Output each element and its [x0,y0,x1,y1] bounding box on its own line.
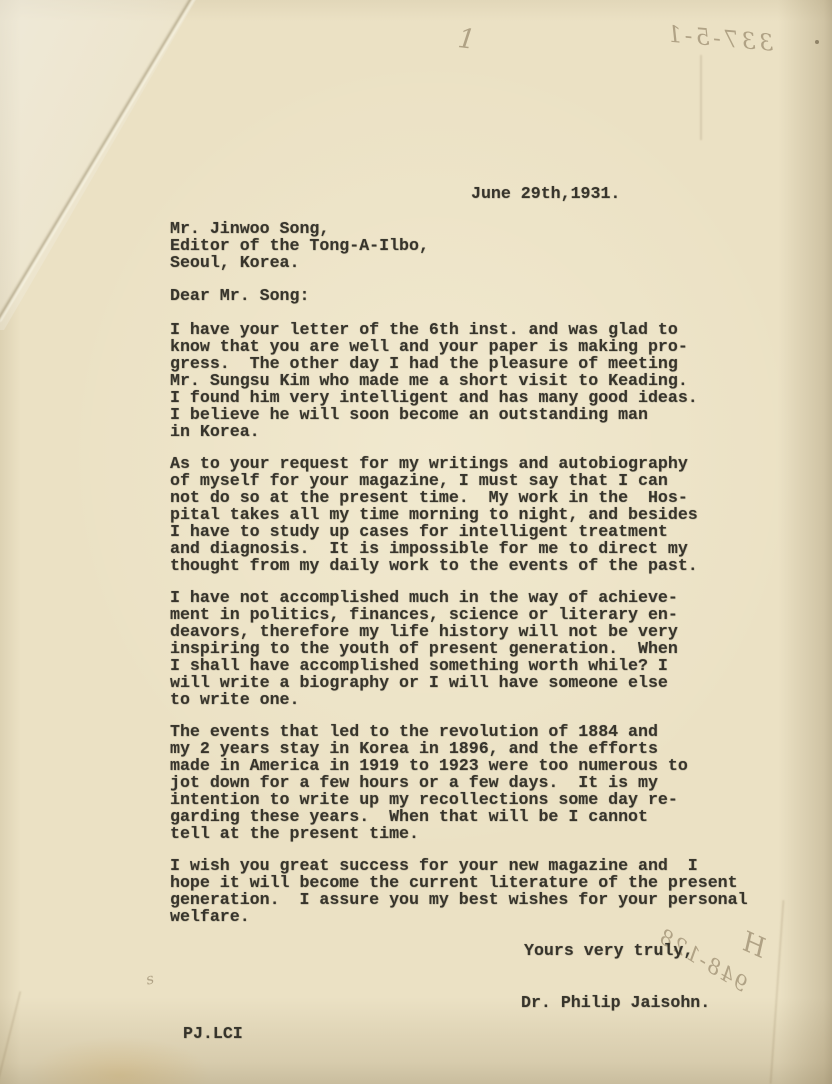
body-paragraph-2: As to your request for my writings and a… [170,455,698,574]
recipient-address: Mr. Jinwoo Song, Editor of the Tong-A-Il… [170,220,429,271]
closing: Yours very truly, [524,942,693,959]
pencil-note-top-right: 337-5-1 [663,21,775,56]
body-paragraph-3: I have not accomplished much in the way … [170,589,678,708]
pencil-dot [815,40,819,44]
pencil-page-number: 1 [456,23,477,56]
letter-date: June 29th,1931. [471,185,620,202]
crease-bottom-right [770,900,785,1084]
pencil-mark-s: s [144,969,156,988]
crease-bottom-left [0,991,21,1083]
salutation: Dear Mr. Song: [170,287,309,304]
crease-top-right [700,55,702,140]
body-paragraph-5: I wish you great success for your new ma… [170,857,748,925]
pencil-mark-h: H [737,927,771,965]
body-paragraph-1: I have your letter of the 6th inst. and … [170,321,698,440]
letter-page: 1 337-5-1 H 948-128 s June 29th,1931. Mr… [0,0,832,1084]
typist-initials: PJ.LCI [183,1025,243,1042]
body-paragraph-4: The events that led to the revolution of… [170,723,688,842]
signature: Dr. Philip Jaisohn. [521,994,710,1011]
pencil-note-bottom-right: 948-128 [653,924,752,997]
